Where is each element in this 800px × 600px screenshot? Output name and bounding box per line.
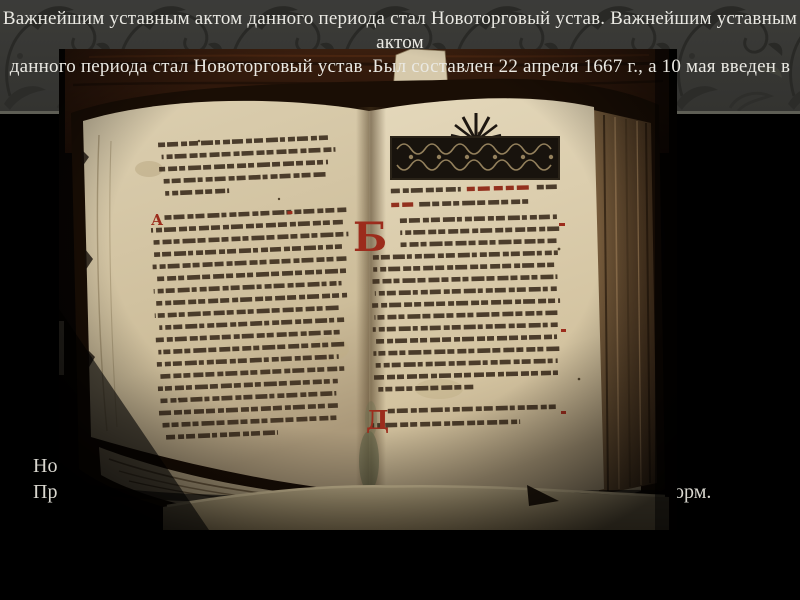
caption-fragment-line1: Но <box>33 453 57 479</box>
caption-fragment-line2-end: орм. <box>674 479 711 505</box>
book-photo: А Б Д <box>58 49 678 530</box>
title-line-1: Важнейшим уставным актом данного периода… <box>0 7 800 55</box>
caption-fragment-line2-start: Пр <box>33 479 57 505</box>
slide-canvas: Важнейшим уставным актом данного периода… <box>0 0 800 600</box>
open-book-illustration: А Б Д <box>58 49 678 530</box>
title-line-2: данного периода стал Новоторговый устав … <box>0 55 800 79</box>
slide-title: Важнейшим уставным актом данного периода… <box>0 7 800 79</box>
